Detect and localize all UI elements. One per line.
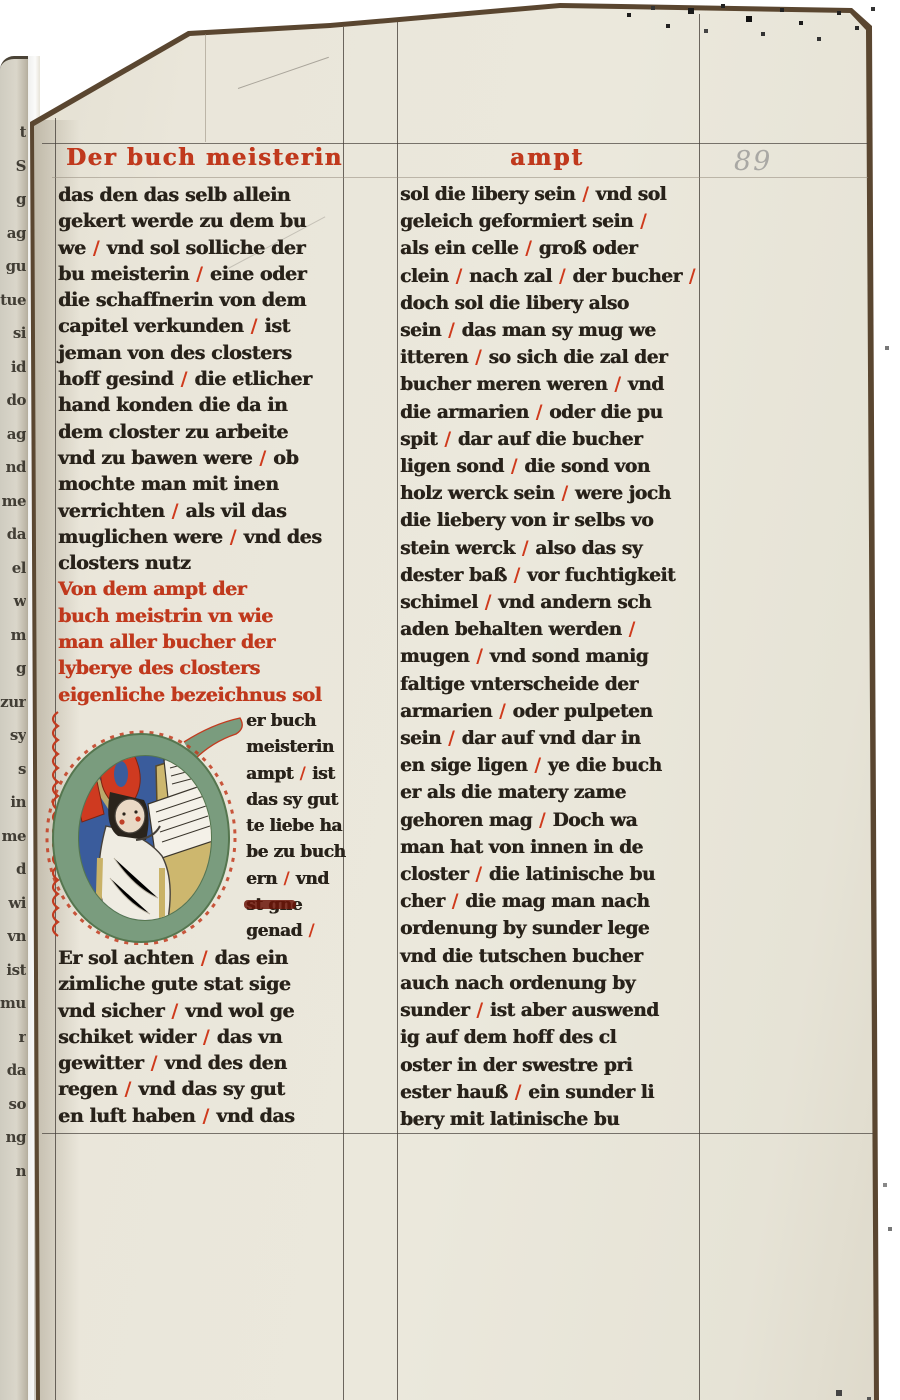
margin-fragment: gu — [0, 250, 26, 284]
rubric-line: man aller bucher der — [58, 629, 346, 655]
manuscript-line: genad / — [246, 918, 346, 944]
margin-fragment: in — [0, 786, 26, 820]
manuscript-line: itteren / so sich die zal der — [400, 344, 700, 371]
manuscript-line: aden behalten werden / — [400, 616, 700, 643]
margin-fragment: ag — [0, 217, 26, 251]
manuscript-line: schiket wider / das vn — [58, 1024, 346, 1050]
manuscript-line: capitel verkunden / ist — [58, 313, 346, 339]
manuscript-line: sol die libery sein / vnd sol — [400, 181, 700, 208]
manuscript-line: ig auf dem hoff des cl — [400, 1024, 700, 1051]
virgule-mark: / — [613, 374, 621, 395]
manuscript-line: vnd zu bawen were / ob — [58, 445, 346, 471]
margin-fragment: so — [0, 1088, 26, 1122]
manuscript-line: we / vnd sol solliche der — [58, 235, 346, 261]
margin-fragment: me — [0, 485, 26, 519]
manuscript-line: die liebery von ir selbs vo — [400, 507, 700, 534]
virgule-mark: / — [443, 429, 451, 450]
virgule-mark: / — [282, 869, 290, 889]
margin-fragment: S — [0, 150, 26, 184]
manuscript-line: die schaffnerin von dem — [58, 287, 346, 313]
text-column-right: sol die libery sein / vnd solgeleich gef… — [400, 181, 700, 1133]
manuscript-line: das den das selb allein — [58, 182, 346, 208]
manuscript-line: holz werck sein / were joch — [400, 480, 700, 507]
rubric-line: buch meistrin vn wie — [58, 603, 346, 629]
margin-fragment: n — [0, 1155, 26, 1177]
running-title-right: ampt — [510, 144, 584, 171]
manuscript-line: jeman von des closters — [58, 340, 346, 366]
paragraph-2: Er sol achten / das einzimliche gute sta… — [58, 945, 346, 1129]
manuscript-line: closters nutz — [58, 550, 346, 576]
virgule-mark: / — [150, 1052, 159, 1074]
historiated-initial-row: er buchmeisterinampt / istdas sy gutte l… — [58, 708, 346, 945]
margin-fragment: zur — [0, 686, 26, 720]
manuscript-line: bucher meren weren / vnd — [400, 371, 700, 398]
manuscript-line: schimel / vnd andern sch — [400, 589, 700, 616]
virgule-mark: / — [484, 592, 492, 613]
virgule-mark: / — [535, 402, 543, 423]
ruling-hline-header-base — [52, 177, 868, 178]
virgule-mark: / — [299, 764, 307, 784]
manuscript-line: muglichen were / vnd des — [58, 524, 346, 550]
margin-fragment: g — [0, 183, 26, 217]
margin-fragment: do — [0, 384, 26, 418]
margin-fragment: mug — [0, 987, 26, 1021]
manuscript-line: mochte man mit inen — [58, 471, 346, 497]
manuscript-line: clein / nach zal / der bucher / — [400, 263, 700, 290]
manuscript-line: hand konden die da in — [58, 392, 346, 418]
virgule-mark: / — [455, 266, 463, 287]
virgule-mark: / — [229, 526, 238, 548]
manuscript-line: ampt / ist — [246, 761, 346, 787]
manuscript-line: er buch — [246, 708, 346, 734]
manuscript-line: gewitter / vnd des den — [58, 1050, 346, 1076]
rubric-line: lyberye des closters — [58, 655, 346, 681]
manuscript-line: Er sol achten / das ein — [58, 945, 346, 971]
margin-fragment: tue — [0, 284, 26, 318]
manuscript-line: closter / die latinische bu — [400, 861, 700, 888]
virgule-mark: / — [307, 921, 315, 941]
virgule-mark: / — [639, 211, 647, 232]
manuscript-line: cher / die mag man nach — [400, 888, 700, 915]
ruling-vline-col2-left — [397, 22, 398, 1400]
rubric-line: eigenliche bezeichnus sol — [58, 682, 346, 708]
manuscript-line: er als die matery zame — [400, 779, 700, 806]
margin-fragment: id — [0, 351, 26, 385]
virgule-mark: / — [195, 263, 204, 285]
margin-fragment: m — [0, 619, 26, 653]
virgule-mark: / — [474, 864, 482, 885]
dust-specks — [0, 0, 2, 2]
manuscript-line: zimliche gute stat sige — [58, 971, 346, 997]
manuscript-line: man hat von innen in de — [400, 834, 700, 861]
manuscript-line: dester baß / vor fuchtigkeit — [400, 562, 700, 589]
virgule-mark: / — [475, 646, 483, 667]
virgule-mark: / — [447, 320, 455, 341]
margin-fragment: si — [0, 317, 26, 351]
virgule-mark: / — [250, 315, 259, 337]
virgule-mark: / — [533, 755, 541, 776]
manuscript-line: te liebe ha — [246, 813, 346, 839]
manuscript-photo: { "document_type": "medieval manuscript … — [0, 0, 900, 1400]
margin-fragment: t — [0, 116, 26, 150]
virgule-mark: / — [124, 1078, 133, 1100]
margin-fragment: vn ist — [0, 920, 26, 987]
margin-fragment: me — [0, 820, 26, 854]
virgule-mark: / — [171, 500, 180, 522]
manuscript-line: das sy gut — [246, 787, 346, 813]
rubric-line: Von dem ampt der — [58, 576, 346, 602]
manuscript-line: sein / dar auf vnd dar in — [400, 725, 700, 752]
initial-illustration — [44, 708, 246, 945]
virgule-mark: / — [92, 237, 101, 259]
running-title-left: Der buch meisterin — [66, 144, 343, 171]
manuscript-line: ester hauß / ein sunder li — [400, 1079, 700, 1106]
virgule-mark: / — [474, 347, 482, 368]
manuscript-line: die armarien / oder die pu — [400, 399, 700, 426]
virgule-mark: / — [475, 1000, 483, 1021]
manuscript-line: ordenung by sunder lege — [400, 915, 700, 942]
folio-number-pencil: 89 — [734, 146, 772, 177]
manuscript-line: faltige vnterscheide der — [400, 671, 700, 698]
manuscript-line: geleich geformiert sein / — [400, 208, 700, 235]
manuscript-line: ligen sond / die sond von — [400, 453, 700, 480]
manuscript-line: dem closter zu arbeite — [58, 419, 346, 445]
margin-fragment: w — [0, 585, 26, 619]
manuscript-line: be zu buch — [246, 839, 346, 865]
manuscript-line: ern / vnd — [246, 866, 346, 892]
virgule-mark: / — [447, 728, 455, 749]
virgule-mark: / — [180, 368, 189, 390]
ruling-vline-top-mark — [205, 34, 206, 142]
manuscript-line: sunder / ist aber auswend — [400, 997, 700, 1024]
virgule-mark: / — [538, 810, 546, 831]
virgule-mark: / — [200, 947, 209, 969]
manuscript-line: vnd die tutschen bucher — [400, 943, 700, 970]
manuscript-line: doch sol die libery also — [400, 290, 700, 317]
margin-fragment: sy s — [0, 719, 26, 786]
manuscript-line: als ein celle / groß oder — [400, 235, 700, 262]
manuscript-line: en sige ligen / ye die buch — [400, 752, 700, 779]
virgule-mark: / — [628, 619, 636, 640]
virgule-mark: / — [498, 701, 506, 722]
margin-fragment: g — [0, 652, 26, 686]
virgule-mark: / — [521, 538, 529, 559]
manuscript-line: gekert werde zu dem bu — [58, 208, 346, 234]
virgule-mark: / — [514, 1082, 522, 1103]
manuscript-line: bery mit latinische bu — [400, 1106, 700, 1133]
margin-fragment: r da — [0, 1021, 26, 1088]
manuscript-line: verrichten / als vil das — [58, 498, 346, 524]
manuscript-line: en luft haben / vnd das — [58, 1103, 346, 1129]
facing-page-text-fragments: tSgaggutuesiiddoagndmedaelwmgzursy sinme… — [0, 116, 26, 1176]
virgule-mark: / — [524, 238, 532, 259]
manuscript-line: sein / das man sy mug we — [400, 317, 700, 344]
manuscript-line: auch nach ordenung by — [400, 970, 700, 997]
virgule-mark: / — [510, 456, 518, 477]
manuscript-line: bu meisterin / eine oder — [58, 261, 346, 287]
virgule-mark: / — [688, 266, 696, 287]
margin-fragment: ng — [0, 1121, 26, 1155]
manuscript-line: oster in der swestre pri — [400, 1052, 700, 1079]
manuscript-line: hoff gesind / die etlicher — [58, 366, 346, 392]
virgule-mark: / — [560, 483, 568, 504]
manuscript-line: regen / vnd das sy gut — [58, 1076, 346, 1102]
margin-fragment: da — [0, 518, 26, 552]
virgule-mark: / — [170, 1000, 179, 1022]
historiated-initial — [44, 708, 246, 945]
manuscript-line: gehoren mag / Doch wa — [400, 807, 700, 834]
virgule-mark: / — [581, 184, 589, 205]
ink-smear — [244, 900, 296, 909]
virgule-mark: / — [558, 266, 566, 287]
manuscript-line: meisterin — [246, 734, 346, 760]
virgule-mark: / — [202, 1026, 211, 1048]
margin-fragment: nd — [0, 451, 26, 485]
margin-fragment: el — [0, 552, 26, 586]
manuscript-line: mugen / vnd sond manig — [400, 643, 700, 670]
paragraph-1: das den das selb alleingekert werde zu d… — [58, 182, 346, 576]
virgule-mark: / — [258, 447, 267, 469]
manuscript-line: spit / dar auf die bucher — [400, 426, 700, 453]
virgule-mark: / — [201, 1105, 210, 1127]
text-column-left: das den das selb alleingekert werde zu d… — [58, 182, 346, 1129]
manuscript-line: armarien / oder pulpeten — [400, 698, 700, 725]
initial-side-text: er buchmeisterinampt / istdas sy gutte l… — [246, 708, 346, 945]
rubric: Von dem ampt derbuch meistrin vn wieman … — [58, 576, 346, 707]
ruling-hline-bottom — [42, 1133, 873, 1134]
margin-fragment: ag — [0, 418, 26, 452]
virgule-mark: / — [451, 891, 459, 912]
manuscript-line: vnd sicher / vnd wol ge — [58, 998, 346, 1024]
manuscript-line: stein werck / also das sy — [400, 535, 700, 562]
margin-fragment: d wi — [0, 853, 26, 920]
virgule-mark: / — [513, 565, 521, 586]
